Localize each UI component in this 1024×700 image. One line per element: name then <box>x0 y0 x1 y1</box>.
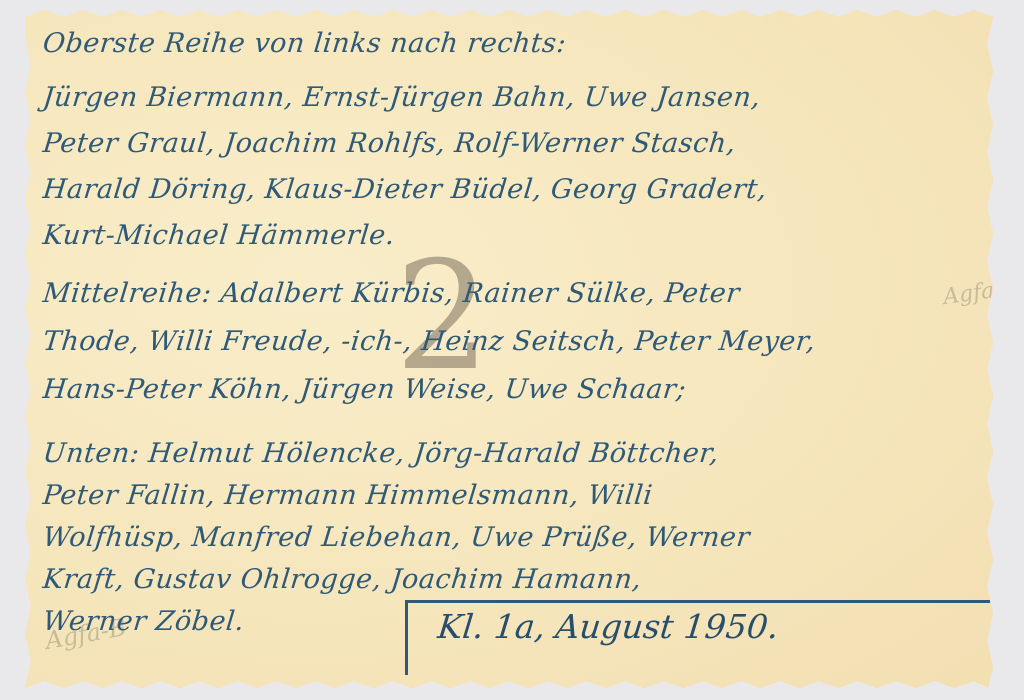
top-row-line-1: Jürgen Biermann, Ernst-Jürgen Bahn, Uwe … <box>41 82 762 113</box>
class-date-note: Kl. 1a, August 1950. <box>436 607 781 646</box>
agfa-watermark-right: Agfa-B <box>942 275 1020 310</box>
photo-card-back: 2 Agfa-B Agfa-B Oberste Reihe von links … <box>25 10 993 688</box>
pencil-number-mark: 2 <box>395 242 490 392</box>
bottom-row-line-4: Kraft, Gustav Ohlrogge, Joachim Hamann, <box>41 564 643 595</box>
top-row-line-2: Peter Graul, Joachim Rohlfs, Rolf-Werner… <box>41 128 737 159</box>
bottom-row-line-5: Werner Zöbel. <box>41 606 246 637</box>
middle-row-line-1: Mittelreihe: Adalbert Kürbis, Rainer Sül… <box>41 278 741 309</box>
bottom-row-line-3: Wolfhüsp, Manfred Liebehan, Uwe Prüße, W… <box>41 522 751 553</box>
date-bracket: Kl. 1a, August 1950. <box>405 600 990 675</box>
heading-line: Oberste Reihe von links nach rechts: <box>41 28 567 59</box>
top-row-line-4: Kurt-Michael Hämmerle. <box>41 220 396 251</box>
middle-row-line-3: Hans-Peter Köhn, Jürgen Weise, Uwe Schaa… <box>41 374 687 405</box>
middle-row-line-2: Thode, Willi Freude, -ich-, Heinz Seitsc… <box>41 326 817 357</box>
top-row-line-3: Harald Döring, Klaus-Dieter Büdel, Georg… <box>41 174 768 205</box>
bottom-row-line-2: Peter Fallin, Hermann Himmelsmann, Willi <box>41 480 654 511</box>
bottom-row-line-1: Unten: Helmut Hölencke, Jörg-Harald Bött… <box>41 438 720 469</box>
